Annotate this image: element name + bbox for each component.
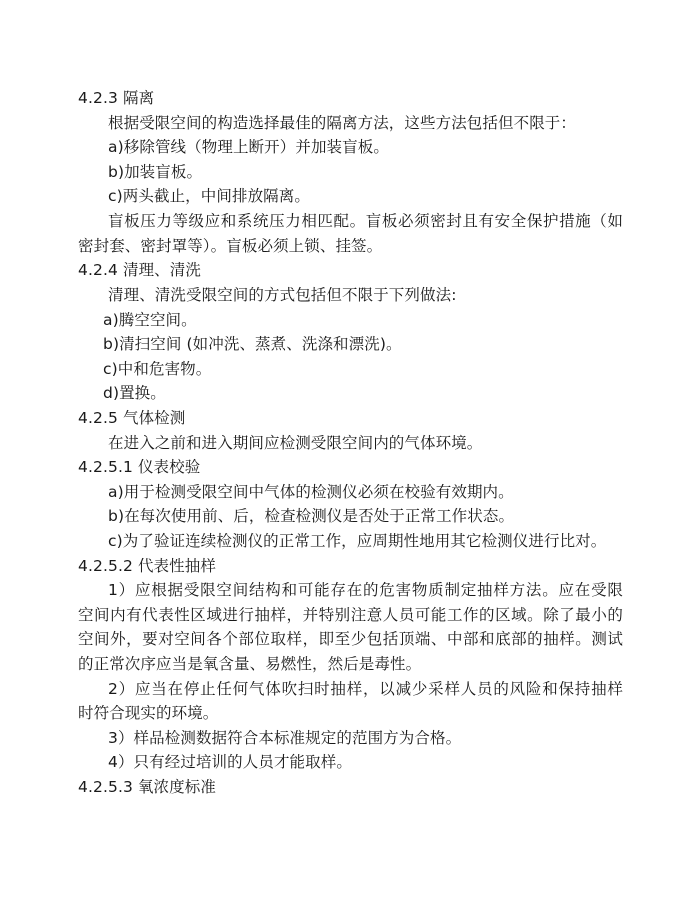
list-item: a)移除管线（物理上断开）并加装盲板。 [108, 137, 389, 157]
paragraph-text: 3）样品检测数据符合本标准规定的范围方为合格。 [108, 728, 461, 748]
paragraph-text: 4）只有经过培训的人员才能取样。 [108, 752, 352, 772]
list-item: d)置换。 [103, 383, 166, 403]
paragraph-text: 空间外，要对空间各个部位取样，即至少包括顶端、中部和底部的抽样。测试 [78, 629, 623, 649]
list-item: b)在每次使用前、后，检查检测仪是否处于正常工作状态。 [108, 506, 514, 526]
section-heading-4-2-4: 4.2.4 清理、清洗 [78, 260, 201, 280]
list-item: c)两头截止，中间排放隔离。 [108, 186, 310, 206]
paragraph-text: 根据受限空间的构造选择最佳的隔离方法，这些方法包括但不限于： [108, 113, 576, 133]
paragraph-text: 盲板压力等级应和系统压力相匹配。盲板必须密封且有安全保护措施（如 [108, 211, 623, 231]
list-item: b)加装盲板。 [108, 162, 202, 182]
section-heading-4-2-5-2: 4.2.5.2 代表性抽样 [78, 556, 216, 576]
list-item: a)用于检测受限空间中气体的检测仪必须在校验有效期内。 [108, 482, 514, 502]
document-page: 4.2.3 隔离 根据受限空间的构造选择最佳的隔离方法，这些方法包括但不限于： … [0, 0, 700, 905]
paragraph-text: 空间内有代表性区域进行抽样，并特别注意人员可能工作的区域。除了最小的 [78, 605, 623, 625]
paragraph-text: 密封套、密封罩等）。盲板必须上锁、挂签。 [78, 236, 382, 256]
section-heading-4-2-5-3: 4.2.5.3 氧浓度标准 [78, 777, 216, 797]
section-heading-4-2-3: 4.2.3 隔离 [78, 88, 154, 108]
section-heading-4-2-5: 4.2.5 气体检测 [78, 408, 185, 428]
paragraph-text: 时符合现实的环境。 [78, 703, 218, 723]
section-heading-4-2-5-1: 4.2.5.1 仪表校验 [78, 457, 200, 477]
list-item: a)腾空空间。 [103, 310, 197, 330]
paragraph-text: 清理、清洗受限空间的方式包括但不限于下列做法: [108, 285, 457, 305]
list-item: c)为了验证连续检测仪的正常工作，应周期性地用其它检测仪进行比对。 [108, 531, 606, 551]
paragraph-text: 1）应根据受限空间结构和可能存在的危害物质制定抽样方法。应在受限 [108, 580, 623, 600]
list-item: c)中和危害物。 [103, 359, 211, 379]
paragraph-text: 在进入之前和进入期间应检测受限空间内的气体环境。 [108, 433, 482, 453]
paragraph-text: 的正常次序应当是氧含量、易燃性，然后是毒性。 [78, 654, 421, 674]
paragraph-text: 2）应当在停止任何气体吹扫时抽样，以减少采样人员的风险和保持抽样 [108, 679, 623, 699]
list-item: b)清扫空间 (如冲洗、蒸煮、洗涤和漂洗)。 [103, 334, 402, 354]
